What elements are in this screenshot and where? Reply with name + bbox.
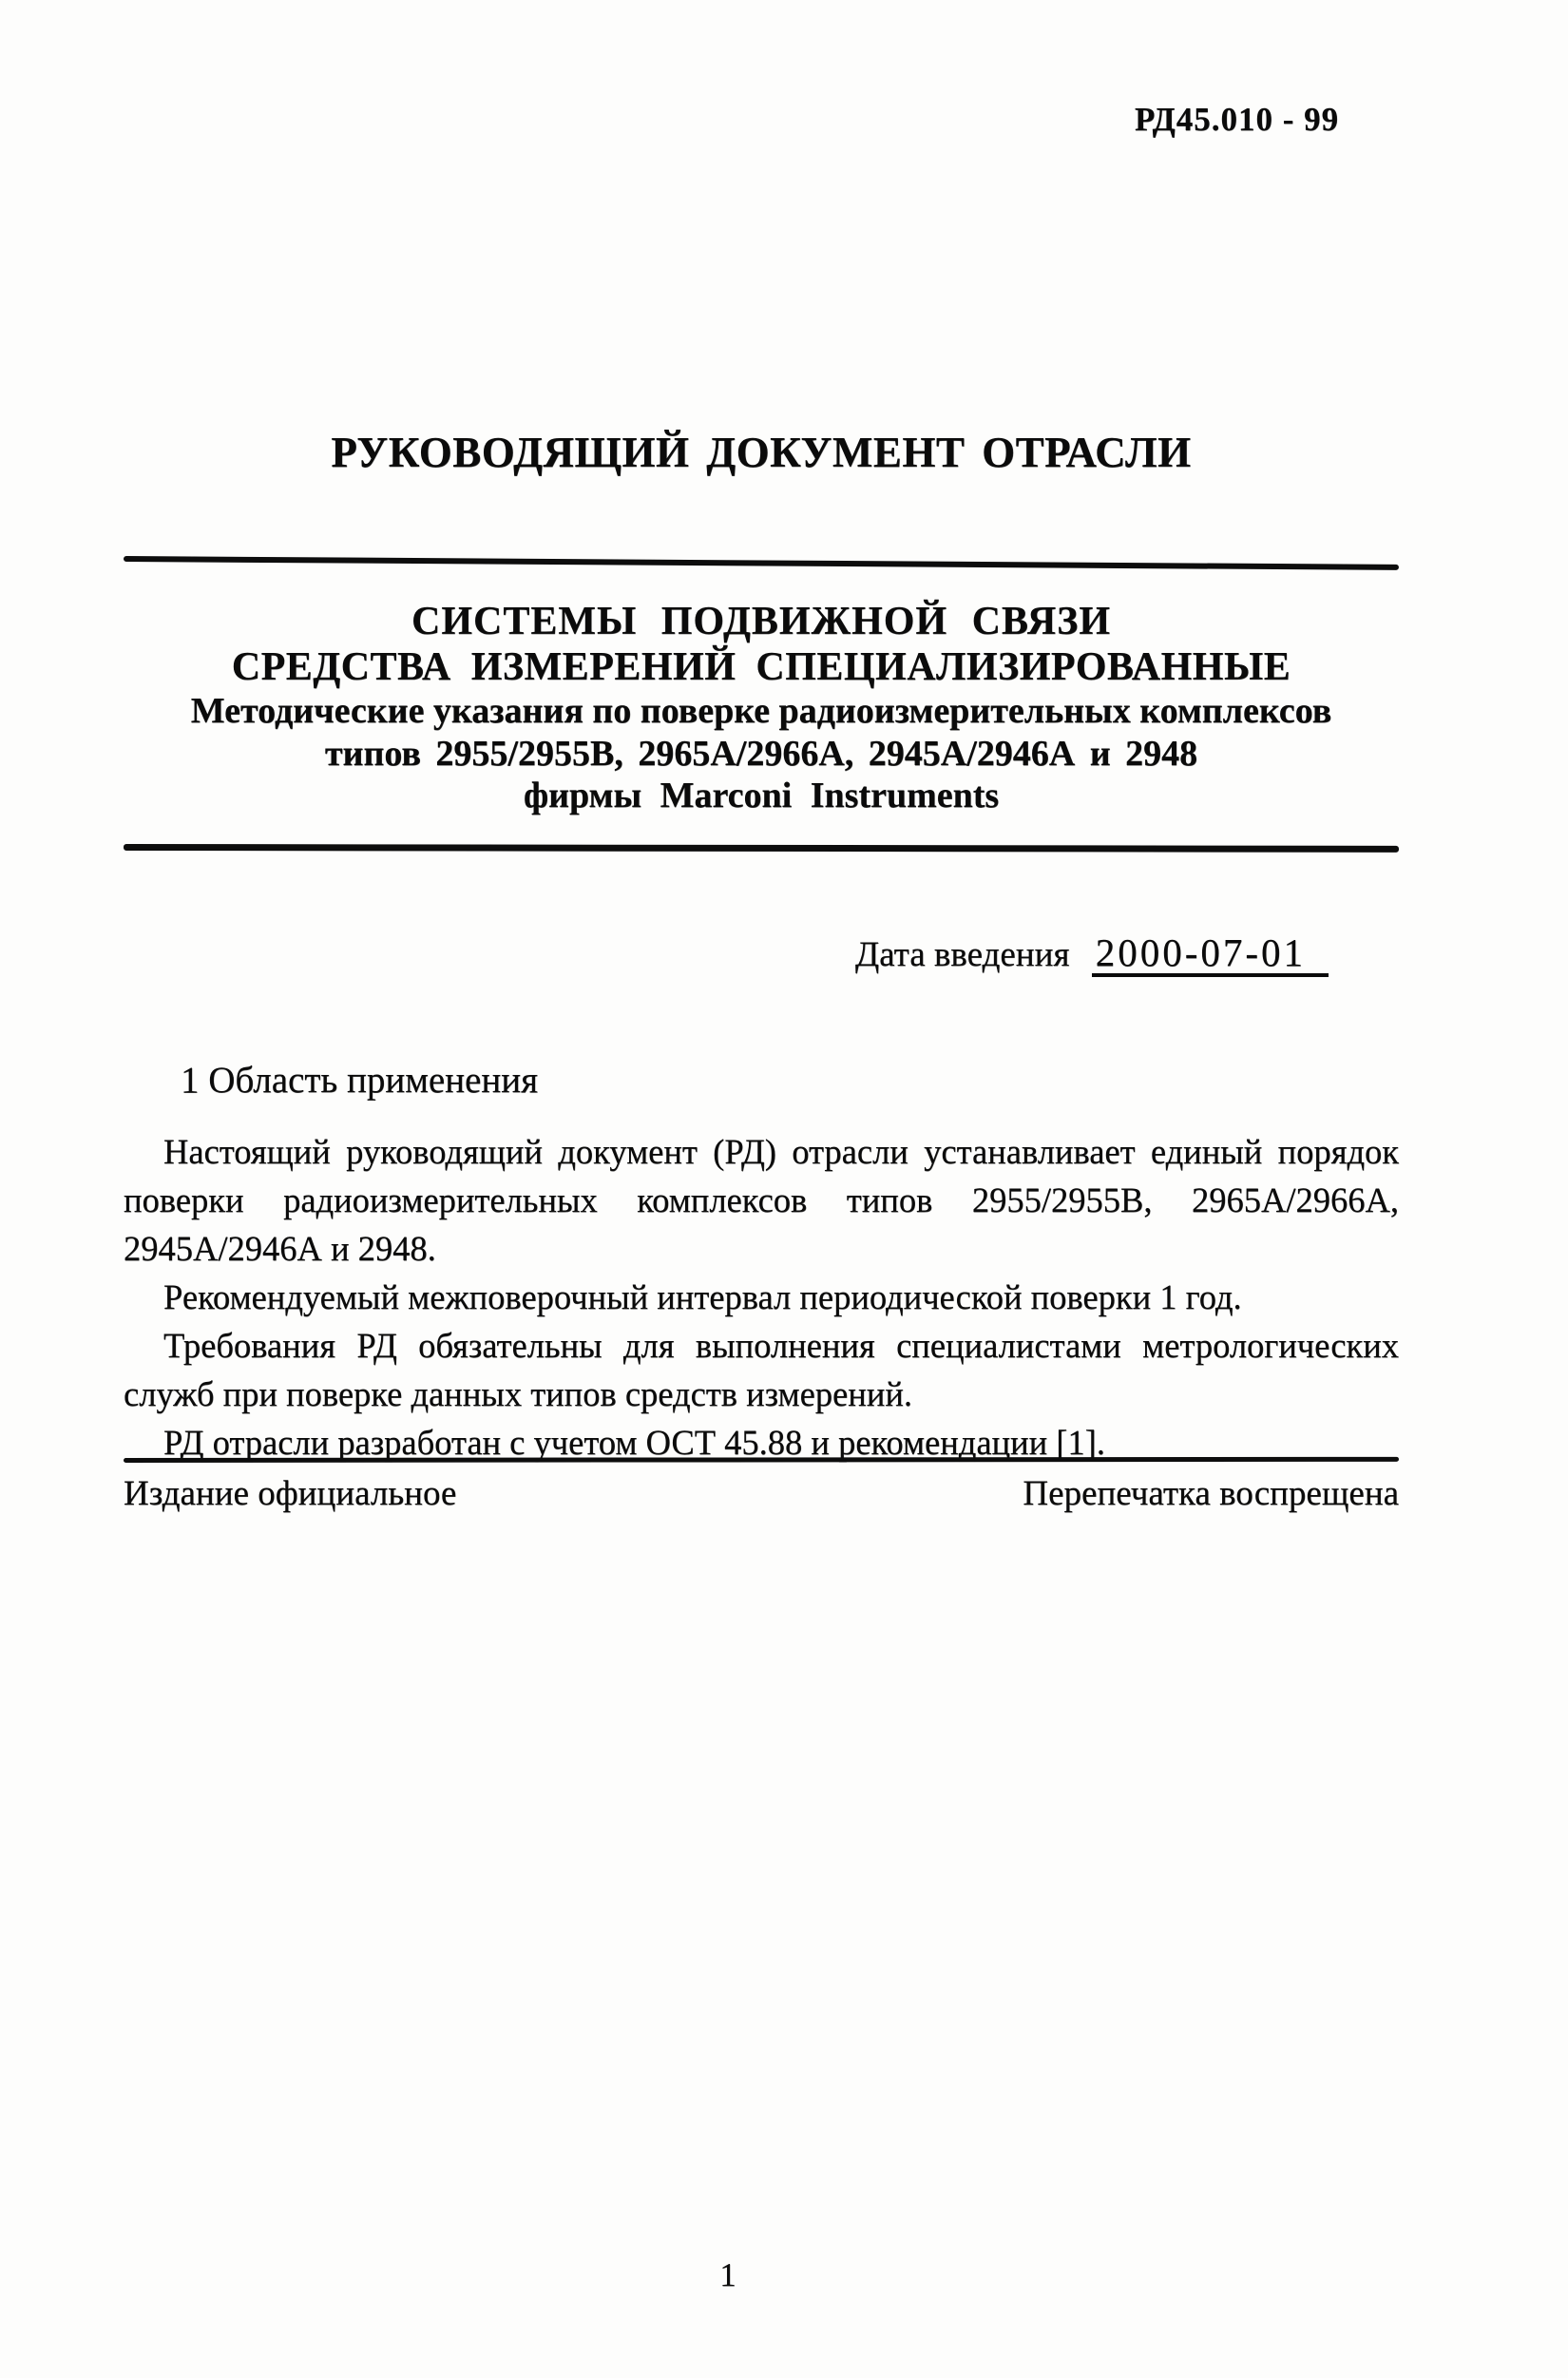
- divider-under-title-block: [124, 844, 1399, 853]
- footer-official-edition: Издание официальное: [124, 1473, 456, 1514]
- effective-date-value: 2000-07-01: [1092, 933, 1329, 977]
- divider-under-title: [124, 556, 1399, 570]
- page-number: 1: [124, 2256, 1332, 2294]
- title-line-systems: СИСТЕМЫ ПОДВИЖНОЙ СВЯЗИ: [124, 599, 1399, 644]
- title-line-instruments: СРЕДСТВА ИЗМЕРЕНИЙ СПЕЦИАЛИЗИРОВАННЫЕ: [124, 644, 1399, 690]
- section-1-body: Настоящий руководящий документ (РД) отра…: [124, 1127, 1399, 1467]
- title-line-method: Методические указания по поверке радиоиз…: [124, 690, 1399, 732]
- title-line-manufacturer: фирмы Marconi Instruments: [124, 775, 1399, 816]
- document-page: РД45.010 - 99 РУКОВОДЯЩИЙ ДОКУМЕНТ ОТРАС…: [0, 0, 1568, 2378]
- document-number: РД45.010 - 99: [1135, 101, 1339, 139]
- effective-date-line: Дата введения 2000-07-01: [855, 933, 1329, 977]
- effective-date-label: Дата введения: [855, 935, 1070, 974]
- footer-reprint-forbidden: Перепечатка воспрещена: [1023, 1473, 1399, 1514]
- paragraph-requirements: Требования РД обязательны для выполнения…: [124, 1321, 1399, 1418]
- footer-row: Издание официальное Перепечатка воспреще…: [124, 1473, 1399, 1514]
- paragraph-scope: Настоящий руководящий документ (РД) отра…: [124, 1127, 1399, 1273]
- section-1-heading: 1 Область применения: [181, 1059, 538, 1102]
- document-type-title: РУКОВОДЯЩИЙ ДОКУМЕНТ ОТРАСЛИ: [124, 428, 1399, 477]
- title-line-types: типов 2955/2955В, 2965А/2966А, 2945А/294…: [124, 733, 1399, 775]
- paragraph-interval: Рекомендуемый межповерочный интервал пер…: [124, 1273, 1399, 1321]
